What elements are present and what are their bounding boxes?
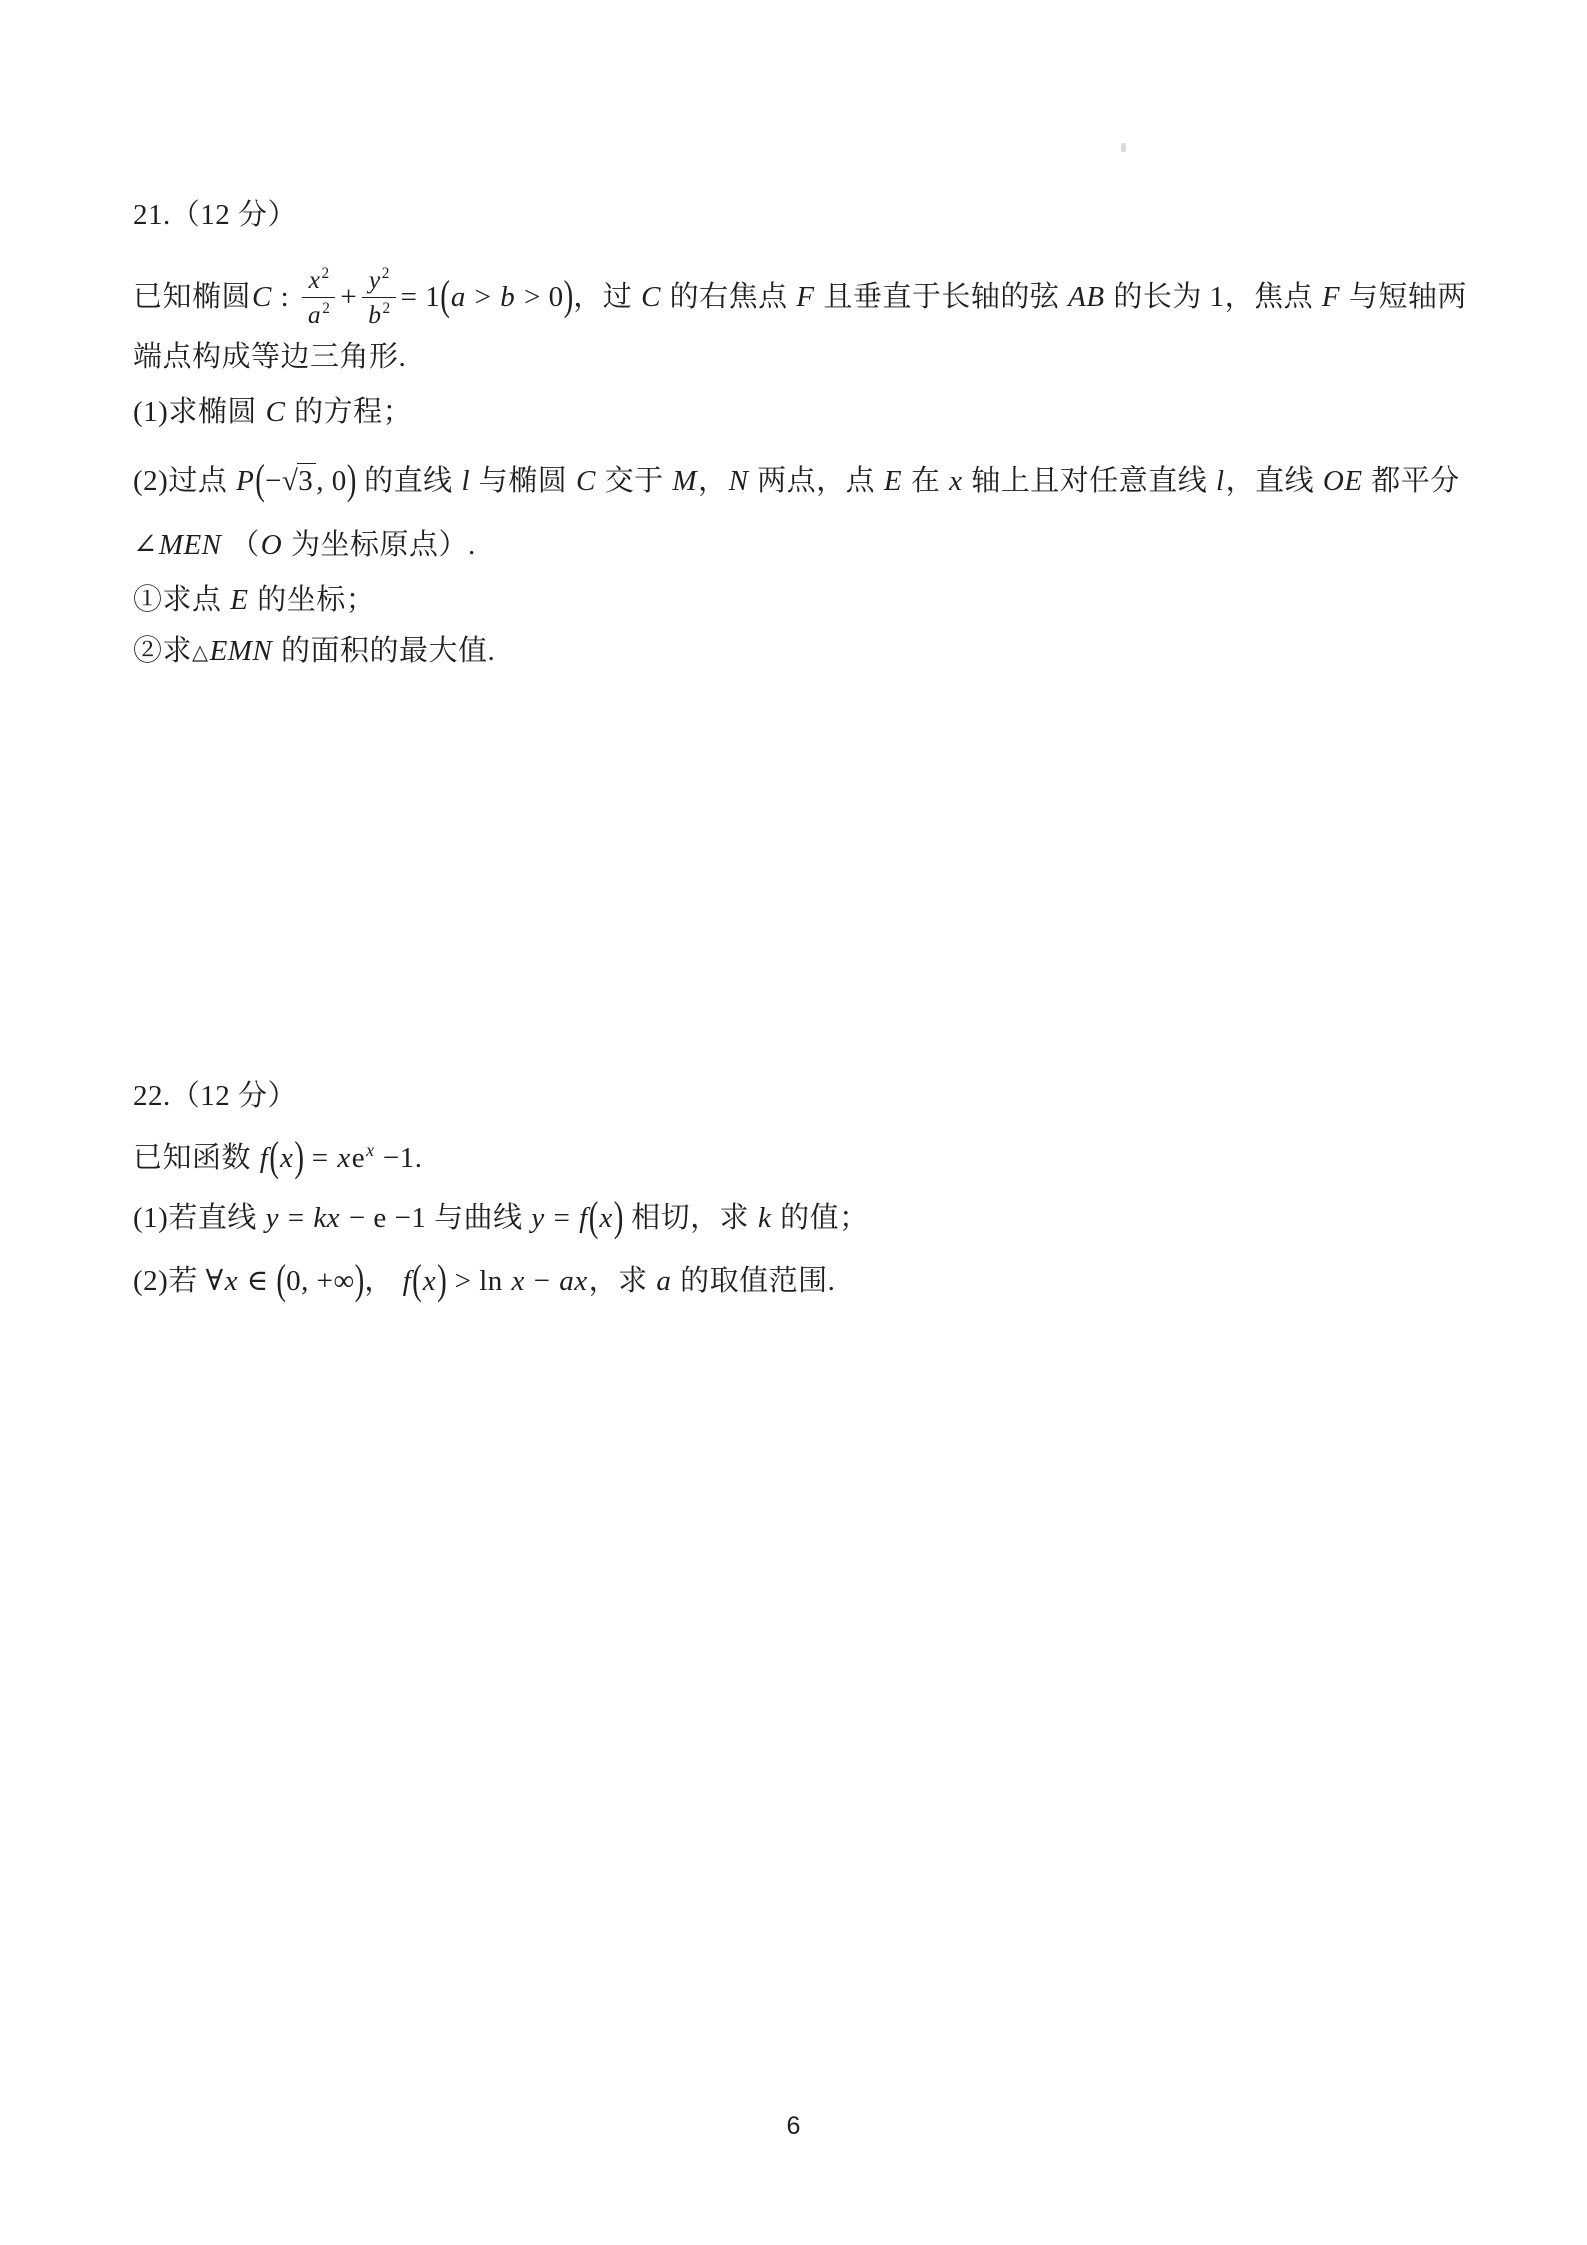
text-segment: ， (698, 465, 728, 497)
text-segment: > 0 (516, 281, 563, 313)
math-var: b (499, 281, 516, 313)
text-segment: （ (223, 529, 260, 561)
text-segment: (1)若直线 (133, 1202, 265, 1234)
text-segment: 在 (903, 465, 948, 497)
math-var: OE (1322, 465, 1364, 497)
exponent: 2 (321, 265, 329, 282)
math-var: f (578, 1202, 589, 1234)
text-segment: + (340, 281, 357, 313)
math-var: y (530, 1202, 545, 1234)
text-segment: ( (255, 456, 265, 505)
text-segment: 为坐标原点）. (283, 529, 476, 561)
math-var: x (308, 265, 322, 294)
math-var: b (367, 300, 382, 329)
text-segment: − (265, 465, 282, 497)
q21-subpart-1: ①求点 E 的坐标； (133, 583, 375, 617)
text-segment: 的面积的最大值. (273, 635, 495, 667)
text-segment: ，求 (589, 1265, 656, 1297)
square-root: √3 (282, 463, 316, 498)
text-segment: ) (294, 1132, 304, 1181)
math-var: M (671, 465, 698, 497)
math-var: kx (312, 1202, 341, 1234)
text-segment: 且垂直于长轴的弦 (816, 281, 1068, 313)
text-segment: 端点构成等边三角形. (133, 341, 406, 373)
math-var: x (336, 1142, 351, 1174)
text-segment: ( (276, 1256, 286, 1305)
text-segment: 0, +∞ (286, 1265, 355, 1297)
fraction: x2a2 (302, 266, 335, 328)
math-var: F (1321, 281, 1341, 313)
math-var: x (422, 1265, 437, 1297)
text-segment: 与椭圆 (471, 465, 575, 497)
math-var: EMN (209, 635, 274, 667)
exponent: 2 (382, 300, 390, 317)
q22-part-2: (2)若 ∀x ∈ (0, +∞)， f(x) > ln x − ax，求 a … (133, 1264, 835, 1298)
text-segment: 轴上且对任意直线 (964, 465, 1216, 497)
fraction-numerator: x2 (302, 266, 335, 298)
exam-page: 21.（12 分） 已知椭圆C : x2a2+y2b2= 1(a > b > 0… (0, 0, 1587, 2245)
text-segment: ( (412, 1256, 422, 1305)
text-segment: (1)求椭圆 (133, 396, 265, 428)
math-var: MEN (158, 529, 223, 561)
text-segment: = 1 (401, 281, 441, 313)
text-segment: ，过 (573, 281, 640, 313)
text-segment: 的长为 1，焦点 (1106, 281, 1321, 313)
math-var: k (757, 1202, 772, 1234)
text-segment: 已知椭圆 (133, 281, 251, 313)
math-var: x (948, 465, 963, 497)
text-segment: e (352, 1142, 365, 1174)
text-segment: ②求 (133, 635, 192, 667)
math-var: C (251, 281, 273, 313)
q21-part-2: (2)过点 P(−√3, 0) 的直线 l 与椭圆 C 交于 M，N 两点，点 … (133, 463, 1460, 498)
text-segment: ) (437, 1256, 447, 1305)
text-segment: 的右焦点 (662, 281, 796, 313)
text-segment: 的坐标； (249, 584, 375, 616)
q21-line-ellipse-equation: 已知椭圆C : x2a2+y2b2= 1(a > b > 0)，过 C 的右焦点… (133, 268, 1467, 330)
text-segment: 两点，点 (749, 465, 883, 497)
q21-line-triangle: 端点构成等边三角形. (133, 340, 406, 374)
math-var: N (728, 465, 750, 497)
text-segment: ) (614, 1193, 624, 1242)
text-segment: ∈ (239, 1265, 276, 1297)
text-segment: 的方程； (286, 396, 412, 428)
math-var: a (655, 1265, 672, 1297)
text-segment: ) (347, 456, 357, 505)
q21-heading: 21.（12 分） (133, 198, 297, 232)
text-segment: > ln (447, 1265, 511, 1297)
math-var: C (640, 281, 662, 313)
text-segment: ， (364, 1265, 401, 1297)
math-var: x (365, 1140, 375, 1160)
text-segment: 交于 (597, 465, 672, 497)
fraction-numerator: y2 (362, 266, 395, 298)
math-var: a (450, 281, 467, 313)
math-var: a (307, 300, 322, 329)
text-segment: 相切，求 (623, 1202, 757, 1234)
math-var: f (402, 1265, 413, 1297)
text-segment: ( (589, 1193, 599, 1242)
q21-subpart-2: ②求△EMN 的面积的最大值. (133, 634, 495, 669)
text-segment: , 0 (316, 465, 347, 497)
text-segment: 与短轴两 (1341, 281, 1467, 313)
text-segment: = (280, 1202, 312, 1234)
text-segment: ) (355, 1256, 365, 1305)
text-segment: ，直线 (1226, 465, 1322, 497)
math-var: y (265, 1202, 280, 1234)
q22-part-1: (1)若直线 y = kx − e −1 与曲线 y = f(x) 相切，求 k… (133, 1201, 869, 1235)
page-number: 6 (0, 2112, 1587, 2141)
math-var: ax (558, 1265, 588, 1297)
math-var: P (235, 465, 255, 497)
math-var: C (265, 396, 287, 428)
text-segment: > (467, 281, 499, 313)
math-var: l (460, 465, 471, 497)
text-segment: ①求点 (133, 584, 229, 616)
text-segment: ( (269, 1132, 279, 1181)
math-var: x (511, 1265, 526, 1297)
text-segment: 的直线 (356, 465, 460, 497)
math-var: C (575, 465, 597, 497)
text-segment: ∠ (133, 529, 158, 561)
text-segment: (2)若 ∀ (133, 1265, 224, 1297)
radicand: 3 (297, 463, 316, 498)
q21-part-1: (1)求椭圆 C 的方程； (133, 395, 412, 429)
text-segment: : (273, 281, 297, 313)
text-segment: 都平分 (1364, 465, 1460, 497)
math-var: x (224, 1265, 239, 1297)
q22-line-function: 已知函数 f(x) = xex −1. (133, 1133, 423, 1175)
fraction-denominator: a2 (302, 298, 335, 329)
math-var: x (598, 1202, 613, 1234)
exponent: 2 (382, 265, 390, 282)
math-var: x (279, 1142, 294, 1174)
math-var: O (260, 529, 283, 561)
text-segment: −1. (375, 1142, 422, 1174)
math-var: E (883, 465, 903, 497)
radical-sign: √ (282, 465, 298, 497)
text-segment: − e −1 与曲线 (341, 1202, 530, 1234)
text-segment: △ (192, 640, 209, 664)
math-var: y (368, 265, 382, 294)
math-var: F (795, 281, 815, 313)
text-segment: = (546, 1202, 578, 1234)
text-segment: 的值； (772, 1202, 868, 1234)
text-segment: (2)过点 (133, 465, 235, 497)
math-var: AB (1067, 281, 1105, 313)
math-var: l (1215, 465, 1226, 497)
q21-part-2-continued: ∠MEN （O 为坐标原点）. (133, 528, 476, 562)
q22-heading: 22.（12 分） (133, 1079, 297, 1113)
fraction-denominator: b2 (362, 298, 395, 329)
text-segment: ) (564, 271, 574, 320)
text-segment: ( (440, 271, 450, 320)
text-segment: − (526, 1265, 558, 1297)
text-segment: 的取值范围. (672, 1265, 835, 1297)
math-var: E (229, 584, 249, 616)
math-var: f (259, 1142, 270, 1174)
fraction: y2b2 (362, 266, 395, 328)
text-segment: = (304, 1142, 336, 1174)
scan-artifact (1121, 143, 1126, 152)
text-segment: 已知函数 (133, 1142, 259, 1174)
exponent: 2 (322, 300, 330, 317)
